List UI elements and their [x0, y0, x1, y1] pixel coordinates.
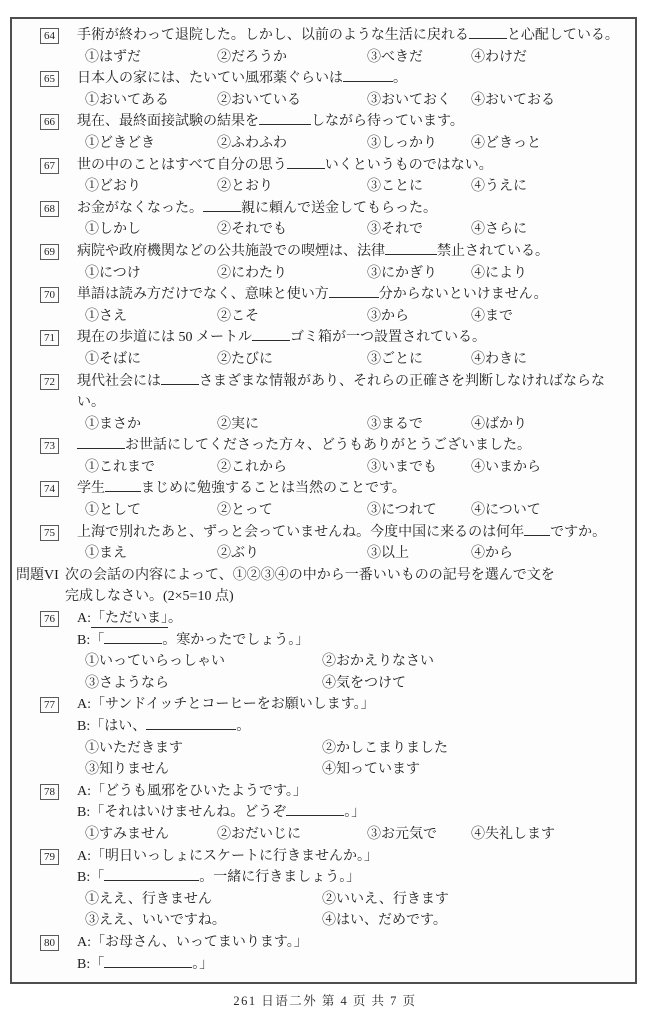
question-stem: 日本人の家には、たいてい風邪薬ぐらいは。: [77, 68, 407, 90]
option-item: ②たびに: [217, 349, 367, 371]
stem-text: 上海で別れたあと、ずっと会っていませんね。今度中国に来るのは何年: [77, 525, 524, 540]
question-stem: B:「。一緒に行きましょう。」: [77, 867, 360, 889]
question-number: 78: [40, 784, 59, 800]
question-stem: A:「どうも風邪をひいたようです。」: [77, 781, 307, 803]
question-stem-row: 79A:「明日いっしょにスケートに行きませんか。」: [12, 846, 635, 868]
stem-text: B:「: [77, 957, 104, 972]
options-row: ①すみません②おだいじに③お元気で④失礼します: [12, 824, 635, 846]
stem-text: A:「お母さん、いってまいります。」: [77, 935, 308, 950]
question-number: 68: [40, 201, 59, 217]
stem-text: A:「サンドイッチとコーヒーをお願いします。」: [77, 697, 375, 712]
question-stem-row: 71現在の歩道には 50 メートルゴミ箱が一つ設置されている。: [12, 327, 635, 349]
blank-underline: [329, 284, 379, 298]
option-item: ③知りません: [85, 759, 322, 781]
question-stem-row: 76A:「ただいま」。: [12, 608, 635, 630]
option-item: ②おだいじに: [217, 824, 367, 846]
options-row: ①どきどき②ふわふわ③しっかり④どきっと: [12, 133, 635, 155]
option-item: ②かしこまりました: [322, 738, 448, 760]
option-item: ①まえ: [85, 543, 217, 565]
option-item: ①さえ: [85, 306, 217, 328]
stem-text: 。: [393, 71, 407, 86]
stem-text: 。」: [192, 957, 213, 972]
question-stem: 上海で別れたあと、ずっと会っていませんね。今度中国に来るのは何年ですか。: [77, 522, 606, 544]
stem-text: ゴミ箱が一つ設置されている。: [290, 330, 486, 345]
option-item: ③にかぎり: [367, 263, 471, 285]
stem-text: 。」: [344, 805, 365, 820]
stem-text: 手術が終わって退院した。しかし、以前のような生活に戻れる: [77, 28, 469, 43]
option-item: ④について: [471, 500, 541, 522]
question-stem: 手術が終わって退院した。しかし、以前のような生活に戻れると心配している。: [77, 25, 619, 47]
blank-underline: [105, 478, 141, 492]
options-row: ①はずだ②だろうか③べきだ④わけだ: [12, 47, 635, 69]
section-label: 問題VI: [16, 565, 59, 587]
question-stem-row: B:「それはいけませんね。どうぞ。」: [12, 802, 635, 824]
question-stem-row: B:「はい、。: [12, 716, 635, 738]
option-item: ④はい、だめです。: [322, 910, 447, 932]
stem-text: 現代社会には: [77, 374, 161, 389]
stem-text: B:「: [77, 633, 104, 648]
options-row: ①まえ②ぶり③以上④から: [12, 543, 635, 565]
stem-text: と心配している。: [507, 28, 619, 43]
question-number: 77: [40, 697, 59, 713]
options-row: ①として②とって③につれて④について: [12, 500, 635, 522]
question-stem-row: 70単語は読み方だけでなく、意味と使い方分からないといけません。: [12, 284, 635, 306]
question-stem-row: 72現代社会にはさまざまな情報があり、それらの正確さを判断しなければならな: [12, 371, 635, 393]
stem-text: 病院や政府機関などの公共施設での喫煙は、法律: [77, 244, 385, 259]
stem-text: 。: [236, 719, 250, 734]
option-item: ①として: [85, 500, 217, 522]
stem-text: いくというものではない。: [325, 158, 493, 173]
question-stem-row: 80A:「お母さん、いってまいります。」: [12, 932, 635, 954]
blank-underline: [385, 241, 437, 255]
blank-underline: [203, 198, 241, 212]
question-stem: A:「お母さん、いってまいります。」: [77, 932, 308, 954]
question-stem: B:「はい、。: [77, 716, 250, 738]
option-item: ③いまでも: [367, 457, 471, 479]
question-number: 75: [40, 525, 59, 541]
option-item: ④から: [471, 543, 513, 565]
option-item: ①につけ: [85, 263, 217, 285]
section-header-line: 問題VI次の会話の内容によって、①②③④の中から一番いいものの記号を選んで文を: [12, 565, 635, 587]
stem-text: 単語は読み方だけでなく、意味と使い方: [77, 287, 329, 302]
stem-text: A:「明日いっしょにスケートに行きませんか。」: [77, 849, 378, 864]
option-item: ①おいてある: [85, 90, 217, 112]
option-item: ④により: [471, 263, 527, 285]
options-row: ③知りません④知っています: [12, 759, 635, 781]
question-stem-row: い。: [12, 392, 635, 414]
question-stem-row: 73お世話にしてくださった方々、どうもありがとうございました。: [12, 435, 635, 457]
stem-text: B:「: [77, 870, 104, 885]
option-item: ②それでも: [217, 219, 367, 241]
exam-page: { "page": { "footer": "261 日语二外 第 4 页 共 …: [0, 0, 650, 1016]
option-item: ③以上: [367, 543, 471, 565]
question-stem-row: 77A:「サンドイッチとコーヒーをお願いします。」: [12, 694, 635, 716]
stem-text: 分からないといけません。: [379, 287, 548, 302]
option-item: ④失礼します: [471, 824, 555, 846]
stem-text: ですか。: [550, 525, 606, 540]
stem-text: B:「はい、: [77, 719, 146, 734]
options-row: ①これまで②これから③いまでも④いまから: [12, 457, 635, 479]
question-number: 70: [40, 287, 59, 303]
options-row: ③さようなら④気をつけて: [12, 673, 635, 695]
page-footer: 261 日语二外 第 4 页 共 7 页: [0, 991, 650, 1009]
blank-underline: [146, 716, 236, 730]
stem-text: 。寒かったでしょう。」: [162, 633, 309, 648]
question-stem: B:「。」: [77, 954, 213, 976]
option-item: ④いまから: [471, 457, 541, 479]
options-row: ①いただきます②かしこまりました: [12, 738, 635, 760]
question-stem-row: B:「。一緒に行きましょう。」: [12, 867, 635, 889]
stem-text: まじめに勉強することは当然のことです。: [141, 481, 406, 496]
question-number: 64: [40, 28, 59, 44]
section-instructions: 次の会話の内容によって、①②③④の中から一番いいものの記号を選んで文を: [65, 565, 555, 587]
option-item: ②とって: [217, 500, 367, 522]
question-stem: A:「ただいま」。: [77, 608, 182, 630]
question-number: 79: [40, 849, 59, 865]
question-stem: B:「。寒かったでしょう。」: [77, 630, 309, 652]
underlined-text: 「ただいま」: [91, 611, 168, 628]
option-item: ③さようなら: [85, 673, 322, 695]
option-item: ④知っています: [322, 759, 420, 781]
blank-underline: [104, 630, 162, 644]
section-instructions: 完成しなさい。(2×5=10 点): [65, 586, 234, 608]
option-item: ④おいておる: [471, 90, 555, 112]
option-item: ②実に: [217, 414, 367, 436]
option-item: ③ことに: [367, 176, 471, 198]
question-number: 72: [40, 374, 59, 390]
stem-text: 日本人の家には、たいてい風邪薬ぐらいは: [77, 71, 343, 86]
question-stem: 単語は読み方だけでなく、意味と使い方分からないといけません。: [77, 284, 548, 306]
question-stem-row: 67世の中のことはすべて自分の思ういくというものではない。: [12, 155, 635, 177]
blank-underline: [161, 371, 199, 385]
option-item: ④わけだ: [471, 47, 527, 69]
option-item: ①すみません: [85, 824, 217, 846]
stem-text: 。: [168, 611, 182, 626]
question-stem-row: 66現在、最終面接試験の結果をしながら待っています。: [12, 111, 635, 133]
question-stem-row: B:「。」: [12, 954, 635, 976]
blank-underline: [343, 68, 393, 82]
stem-text: 。一緒に行きましょう。」: [199, 870, 360, 885]
options-row: ①につけ②にわたり③にかぎり④により: [12, 263, 635, 285]
stem-text: 禁止されている。: [437, 244, 549, 259]
question-number: 69: [40, 244, 59, 260]
stem-text: B:「それはいけませんね。どうぞ: [77, 805, 286, 820]
option-item: ②とおり: [217, 176, 367, 198]
option-item: ①いっていらっしゃい: [85, 651, 322, 673]
question-stem-row: 75上海で別れたあと、ずっと会っていませんね。今度中国に来るのは何年ですか。: [12, 522, 635, 544]
option-item: ④気をつけて: [322, 673, 406, 695]
question-stem: A:「サンドイッチとコーヒーをお願いします。」: [77, 694, 375, 716]
blank-underline: [77, 435, 125, 449]
question-number: 65: [40, 71, 59, 87]
option-item: ③まるで: [367, 414, 471, 436]
option-item: ④さらに: [471, 219, 527, 241]
question-stem-row: 64手術が終わって退院した。しかし、以前のような生活に戻れると心配している。: [12, 25, 635, 47]
option-item: ①しかし: [85, 219, 217, 241]
option-item: ③ええ、いいですね。: [85, 910, 322, 932]
option-item: ④まで: [471, 306, 513, 328]
section-header-line: 完成しなさい。(2×5=10 点): [12, 586, 635, 608]
blank-underline: [524, 522, 550, 536]
blank-underline: [286, 802, 344, 816]
option-item: ②おいている: [217, 90, 367, 112]
stem-text: 学生: [77, 481, 105, 496]
question-stem: B:「それはいけませんね。どうぞ。」: [77, 802, 365, 824]
stem-text: お金がなくなった。: [77, 201, 203, 216]
question-number: 67: [40, 158, 59, 174]
stem-text: 現在の歩道には 50 メートル: [77, 330, 252, 345]
option-item: ③から: [367, 306, 471, 328]
question-stem-row: 78A:「どうも風邪をひいたようです。」: [12, 781, 635, 803]
question-stem: お世話にしてくださった方々、どうもありがとうございました。: [77, 435, 531, 457]
option-item: ④ばかり: [471, 414, 527, 436]
option-item: ③につれて: [367, 500, 471, 522]
page-frame: 64手術が終わって退院した。しかし、以前のような生活に戻れると心配している。①は…: [10, 17, 637, 984]
option-item: ④わきに: [471, 349, 527, 371]
question-number: 76: [40, 611, 59, 627]
stem-text: お世話にしてくださった方々、どうもありがとうございました。: [125, 438, 531, 453]
question-stem-row: 68お金がなくなった。親に頼んで送金してもらった。: [12, 198, 635, 220]
option-item: ④うえに: [471, 176, 527, 198]
option-item: ①そばに: [85, 349, 217, 371]
question-number: 74: [40, 481, 59, 497]
option-item: ①どきどき: [85, 133, 217, 155]
stem-text: A:: [77, 611, 91, 626]
options-row: ①そばに②たびに③ごとに④わきに: [12, 349, 635, 371]
question-number: 66: [40, 114, 59, 130]
stem-text: 世の中のことはすべて自分の思う: [77, 158, 287, 173]
question-stem: 学生まじめに勉強することは当然のことです。: [77, 478, 406, 500]
question-stem: お金がなくなった。親に頼んで送金してもらった。: [77, 198, 437, 220]
option-item: ③ごとに: [367, 349, 471, 371]
blank-underline: [287, 155, 325, 169]
question-stem: い。: [77, 392, 105, 414]
blank-underline: [104, 954, 192, 968]
option-item: ③しっかり: [367, 133, 471, 155]
option-item: ①どおり: [85, 176, 217, 198]
option-item: ③おいておく: [367, 90, 471, 112]
options-row: ①まさか②実に③まるで④ばかり: [12, 414, 635, 436]
blank-underline: [252, 327, 290, 341]
blank-underline: [259, 111, 311, 125]
option-item: ②こそ: [217, 306, 367, 328]
option-item: ③お元気で: [367, 824, 471, 846]
options-row: ①どおり②とおり③ことに④うえに: [12, 176, 635, 198]
options-row: ①ええ、行きません②いいえ、行きます: [12, 889, 635, 911]
option-item: ①はずだ: [85, 47, 217, 69]
option-item: ②おかえりなさい: [322, 651, 434, 673]
stem-text: 現在、最終面接試験の結果を: [77, 114, 259, 129]
option-item: ①ええ、行きません: [85, 889, 322, 911]
option-item: ②ぶり: [217, 543, 367, 565]
stem-text: しながら待っています。: [311, 114, 464, 129]
question-stem: 現在の歩道には 50 メートルゴミ箱が一つ設置されている。: [77, 327, 486, 349]
question-stem: 現代社会にはさまざまな情報があり、それらの正確さを判断しなければならな: [77, 371, 605, 393]
option-item: ④どきっと: [471, 133, 541, 155]
question-number: 80: [40, 935, 59, 951]
stem-text: 親に頼んで送金してもらった。: [241, 201, 437, 216]
question-stem-row: 69病院や政府機関などの公共施設での喫煙は、法律禁止されている。: [12, 241, 635, 263]
options-row: ①いっていらっしゃい②おかえりなさい: [12, 651, 635, 673]
question-number: 71: [40, 330, 59, 346]
option-item: ②これから: [217, 457, 367, 479]
question-stem: 現在、最終面接試験の結果をしながら待っています。: [77, 111, 464, 133]
option-item: ①これまで: [85, 457, 217, 479]
option-item: ②いいえ、行きます: [322, 889, 449, 911]
option-item: ①いただきます: [85, 738, 322, 760]
question-number: 73: [40, 438, 59, 454]
question-stem: 病院や政府機関などの公共施設での喫煙は、法律禁止されている。: [77, 241, 549, 263]
stem-text: さまざまな情報があり、それらの正確さを判断しなければならな: [199, 374, 605, 389]
option-item: ③べきだ: [367, 47, 471, 69]
stem-text: い。: [77, 395, 105, 410]
stem-text: A:「どうも風邪をひいたようです。」: [77, 784, 307, 799]
option-item: ②だろうか: [217, 47, 367, 69]
option-item: ③それで: [367, 219, 471, 241]
option-item: ①まさか: [85, 414, 217, 436]
option-item: ②にわたり: [217, 263, 367, 285]
question-stem: A:「明日いっしょにスケートに行きませんか。」: [77, 846, 378, 868]
blank-underline: [104, 867, 199, 881]
question-stem: 世の中のことはすべて自分の思ういくというものではない。: [77, 155, 493, 177]
question-stem-row: B:「。寒かったでしょう。」: [12, 630, 635, 652]
blank-underline: [469, 25, 507, 39]
options-row: ①さえ②こそ③から④まで: [12, 306, 635, 328]
option-item: ②ふわふわ: [217, 133, 367, 155]
options-row: ①おいてある②おいている③おいておく④おいておる: [12, 90, 635, 112]
question-stem-row: 74学生まじめに勉強することは当然のことです。: [12, 478, 635, 500]
options-row: ③ええ、いいですね。④はい、だめです。: [12, 910, 635, 932]
options-row: ①しかし②それでも③それで④さらに: [12, 219, 635, 241]
question-stem-row: 65日本人の家には、たいてい風邪薬ぐらいは。: [12, 68, 635, 90]
